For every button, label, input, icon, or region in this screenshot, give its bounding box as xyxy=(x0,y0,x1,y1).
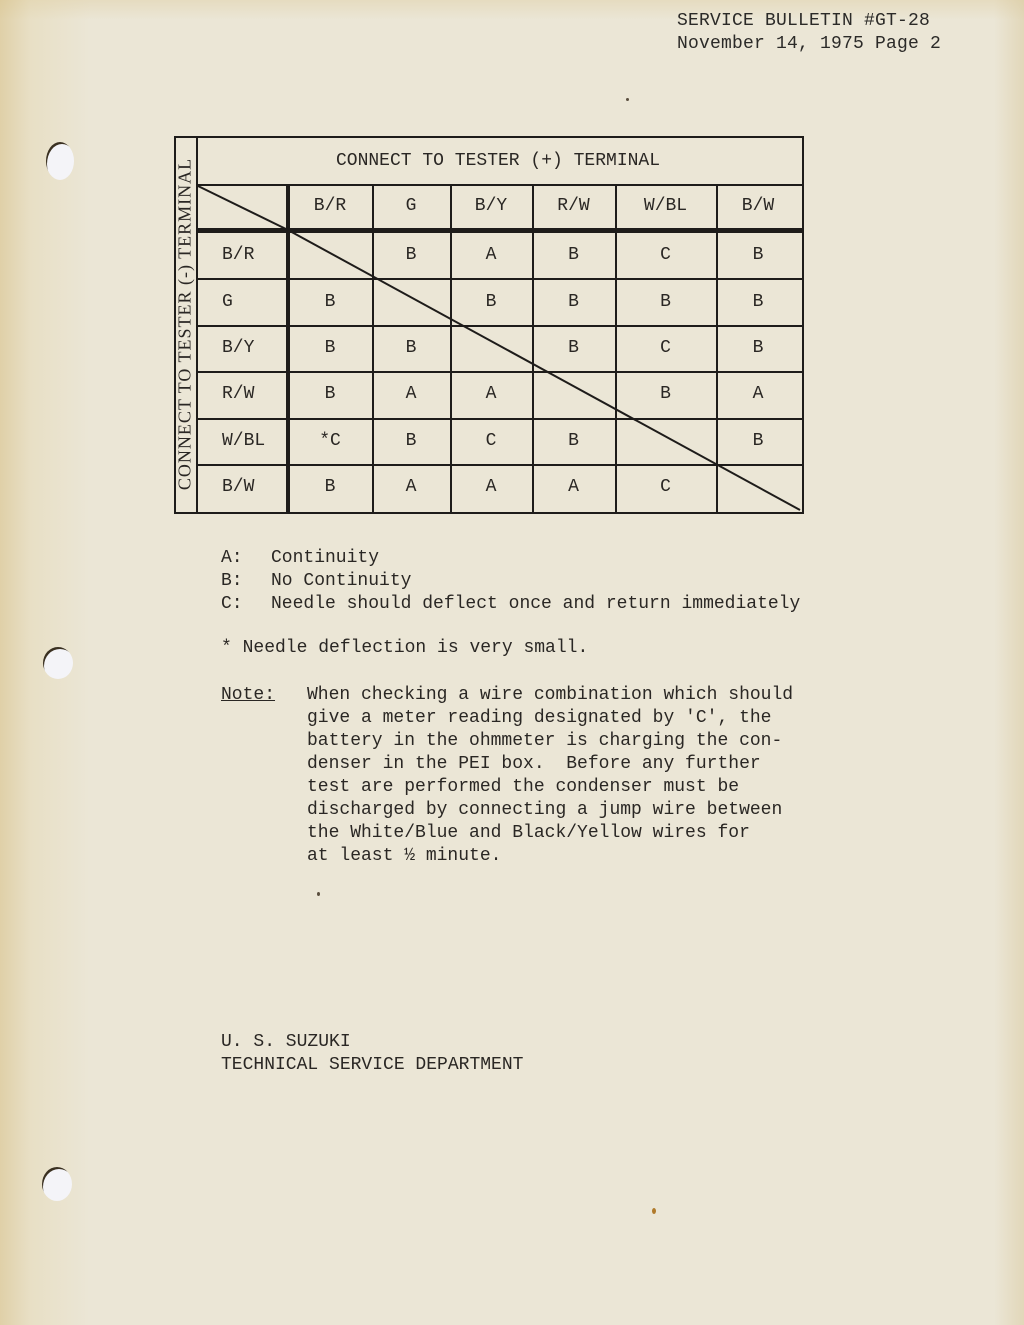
legend-item: A:Continuity xyxy=(221,547,800,570)
legend-item: C:Needle should deflect once and return … xyxy=(221,593,800,616)
paper-speck xyxy=(626,98,629,101)
hole-punch xyxy=(43,647,73,679)
bulletin-date-page: November 14, 1975 Page 2 xyxy=(677,33,941,56)
legend-text: Needle should deflect once and return im… xyxy=(271,593,800,616)
note-line: at least ½ minute. xyxy=(307,845,907,868)
legend-text: Continuity xyxy=(271,547,379,570)
note-line: battery in the ohmmeter is charging the … xyxy=(307,730,907,753)
hole-punch xyxy=(42,1167,72,1201)
note-line: the White/Blue and Black/Yellow wires fo… xyxy=(307,822,907,845)
bulletin-header: SERVICE BULLETIN #GT-28 November 14, 197… xyxy=(677,10,941,56)
continuity-table: CONNECT TO TESTER (-) TERMINAL CONNECT T… xyxy=(174,136,802,512)
note-line: denser in the PEI box. Before any furthe… xyxy=(307,753,907,776)
legend-item: B:No Continuity xyxy=(221,570,800,593)
footnote: * Needle deflection is very small. xyxy=(221,638,588,658)
legend-key: C: xyxy=(221,593,271,616)
note-body: When checking a wire combination which s… xyxy=(307,684,907,868)
note-line: test are performed the condenser must be xyxy=(307,776,907,799)
signature: U. S. SUZUKI TECHNICAL SERVICE DEPARTMEN… xyxy=(221,1031,523,1077)
note-line: When checking a wire combination which s… xyxy=(307,684,907,707)
note-line: give a meter reading designated by 'C', … xyxy=(307,707,907,730)
note-line: discharged by connecting a jump wire bet… xyxy=(307,799,907,822)
legend: A:ContinuityB:No ContinuityC:Needle shou… xyxy=(221,547,800,616)
legend-text: No Continuity xyxy=(271,570,411,593)
diagonal-line xyxy=(174,136,802,512)
paper-speck xyxy=(317,892,320,896)
signature-company: U. S. SUZUKI xyxy=(221,1031,523,1054)
legend-key: B: xyxy=(221,570,271,593)
signature-department: TECHNICAL SERVICE DEPARTMENT xyxy=(221,1054,523,1077)
hole-punch xyxy=(46,142,74,180)
note-label: Note: xyxy=(221,684,275,707)
legend-key: A: xyxy=(221,547,271,570)
bulletin-number: SERVICE BULLETIN #GT-28 xyxy=(677,10,941,33)
paper-speck xyxy=(652,1208,656,1214)
